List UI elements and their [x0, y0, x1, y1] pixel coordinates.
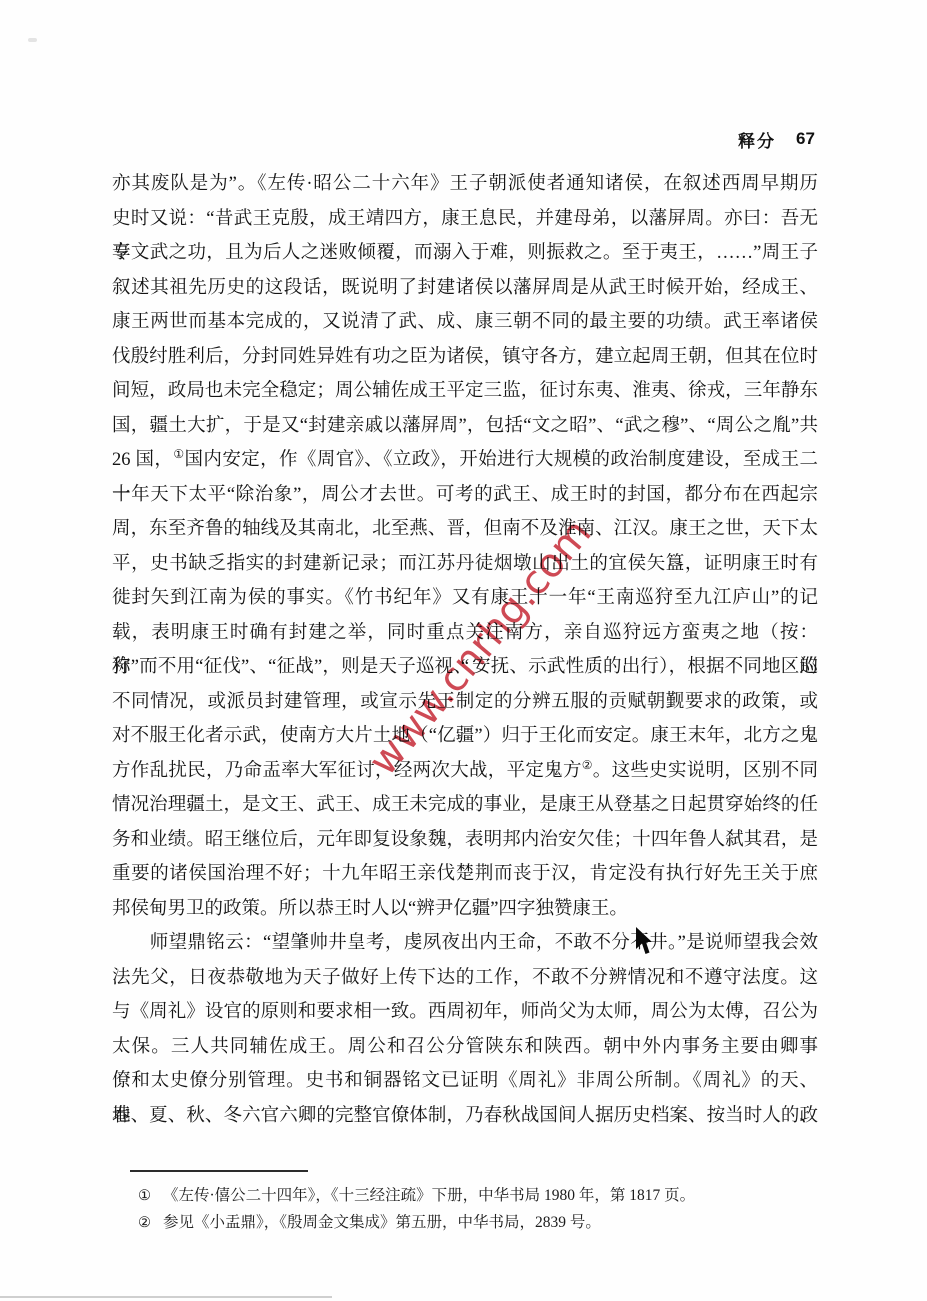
body-line: 徙封矢到江南为侯的事实。《竹书纪年》又有康王十一年“王南巡狩至九江庐山”的记: [112, 581, 818, 616]
body-line: 务和业绩。昭王继位后，元年即复设象魏，表明邦内治安欠佳；十四年鲁人弑其君，是: [112, 823, 818, 858]
scanned-book-page: 释分 67 亦其废队是为”。《左传·昭公二十六年》王子朝派使者通知诸侯，在叙述西…: [0, 0, 927, 1301]
footnote-text: 《左传·僖公二十四年》，《十三经注疏》下册，中华书局 1980 年，第 1817…: [163, 1182, 695, 1209]
running-header: 释分 67: [738, 128, 815, 150]
body-line: 师望鼎铭云：“望肇帅井皇考，虔夙夜出内王命，不敢不分不井。”是说师望我会效: [112, 926, 818, 961]
body-line: 与《周礼》设官的原则和要求相一致。西周初年，师尚父为太师，周公为太傅，召公为: [112, 995, 818, 1030]
body-text: 亦其废队是为”。《左传·昭公二十六年》王子朝派使者通知诸侯，在叙述西周早期历史时…: [112, 167, 818, 1133]
body-line: 情况治理疆土，是文王、武王、成王未完成的事业，是康王从登基之日起贯穿始终的任: [112, 788, 818, 823]
body-line: 平，史书缺乏指实的封建新记录；而江苏丹徒烟墩山出土的宜侯矢簋，证明康王时有: [112, 547, 818, 582]
footnote-reference: ①: [173, 447, 184, 461]
body-line: 邦侯甸男卫的政策。所以恭王时人以“辨尹亿疆”四字独赞康王。: [112, 892, 818, 927]
footnote-marker: ②: [138, 1210, 151, 1237]
footnote-marker: ①: [138, 1183, 151, 1210]
body-line: 伐殷纣胜利后，分封同姓异姓有功之臣为诸侯，镇守各方，建立起周王朝，但其在位时: [112, 340, 818, 375]
scan-edge-artifact: [0, 1296, 332, 1298]
body-line: 太保。三人共同辅佐成王。周公和召公分管陕东和陕西。朝中外内事务主要由卿事: [112, 1030, 818, 1065]
body-line: 方作乱扰民，乃命盂率大军征讨，经两次大战，平定鬼方②。这些史实说明，区别不同: [112, 754, 818, 789]
body-line: 狩”而不用“征伐”、“征战”，则是天子巡视、安抚、示武性质的出行），根据不同地区…: [112, 650, 818, 685]
mouse-cursor-icon: [634, 927, 653, 957]
scan-smudge: [28, 38, 37, 42]
body-line: 重要的诸侯国治理不好；十九年昭王亲伐楚荆而丧于汉，肯定没有执行好先王关于庶: [112, 857, 818, 892]
body-line: 康王两世而基本完成的，又说清了武、成、康三朝不同的最主要的功绩。武王率诸侯: [112, 305, 818, 340]
body-line: 间短，政局也未完全稳定；周公辅佐成王平定三监，征讨东夷、淮夷、徐戎，三年静东: [112, 374, 818, 409]
footnote-text: 参见《小盂鼎》，《殷周金文集成》第五册，中华书局，2839 号。: [163, 1209, 601, 1236]
footnote: ①《左传·僖公二十四年》，《十三经注疏》下册，中华书局 1980 年，第 181…: [138, 1182, 838, 1209]
body-line: 享文武之功，且为后人之迷败倾覆，而溺入于难，则振救之。至于夷王，……”周王子: [112, 236, 818, 271]
body-line: 对不服王化者示武，使南方大片土地（“亿疆”）归于王化而安定。康王末年，北方之鬼: [112, 719, 818, 754]
body-line: 亦其废队是为”。《左传·昭公二十六年》王子朝派使者通知诸侯，在叙述西周早期历: [112, 167, 818, 202]
body-line: 僚和太史僚分别管理。史书和铜器铭文已证明《周礼》非周公所制。《周礼》的天、地、: [112, 1064, 818, 1099]
body-line: 载，表明康王时确有封建之举，同时重点关注南方，亲自巡狩远方蛮夷之地（按：称“巡: [112, 616, 818, 651]
body-line: 26 国，①国内安定，作《周官》、《立政》，开始进行大规模的政治制度建设，至成王…: [112, 443, 818, 478]
footnotes: ①《左传·僖公二十四年》，《十三经注疏》下册，中华书局 1980 年，第 181…: [138, 1182, 838, 1236]
body-line: 一年天下太平“除治象”，周公才去世。可考的武王、成王时的封国，都分布在西起宗: [112, 478, 818, 513]
body-line: 史时又说：“昔武王克殷，成王靖四方，康王息民，并建母弟，以藩屏周。亦曰：吾无专: [112, 202, 818, 237]
body-line: 不同情况，或派员封建管理，或宣示先王制定的分辨五服的贡赋朝觐要求的政策，或: [112, 685, 818, 720]
page-number: 67: [796, 129, 815, 149]
chapter-title: 释分: [738, 127, 776, 152]
footnote: ②参见《小盂鼎》，《殷周金文集成》第五册，中华书局，2839 号。: [138, 1209, 838, 1236]
body-line: 叙述其祖先历史的这段话，既说明了封建诸侯以藩屏周是从武王时候开始，经成王、: [112, 271, 818, 306]
body-line: 国，疆土大扩，于是又“封建亲戚以藩屏周”，包括“文之昭”、“武之穆”、“周公之胤…: [112, 409, 818, 444]
footnote-reference: ②: [582, 757, 593, 771]
footnote-divider: [130, 1170, 308, 1172]
body-line: 周，东至齐鲁的轴线及其南北，北至燕、晋，但南不及淮南、江汉。康王之世，天下太: [112, 512, 818, 547]
body-line: 法先父，日夜恭敬地为天子做好上传下达的工作，不敢不分辨情况和不遵守法度。这: [112, 961, 818, 996]
body-line: 春、夏、秋、冬六官六卿的完整官僚体制，乃春秋战国间人据历史档案、按当时人的政: [112, 1099, 818, 1134]
